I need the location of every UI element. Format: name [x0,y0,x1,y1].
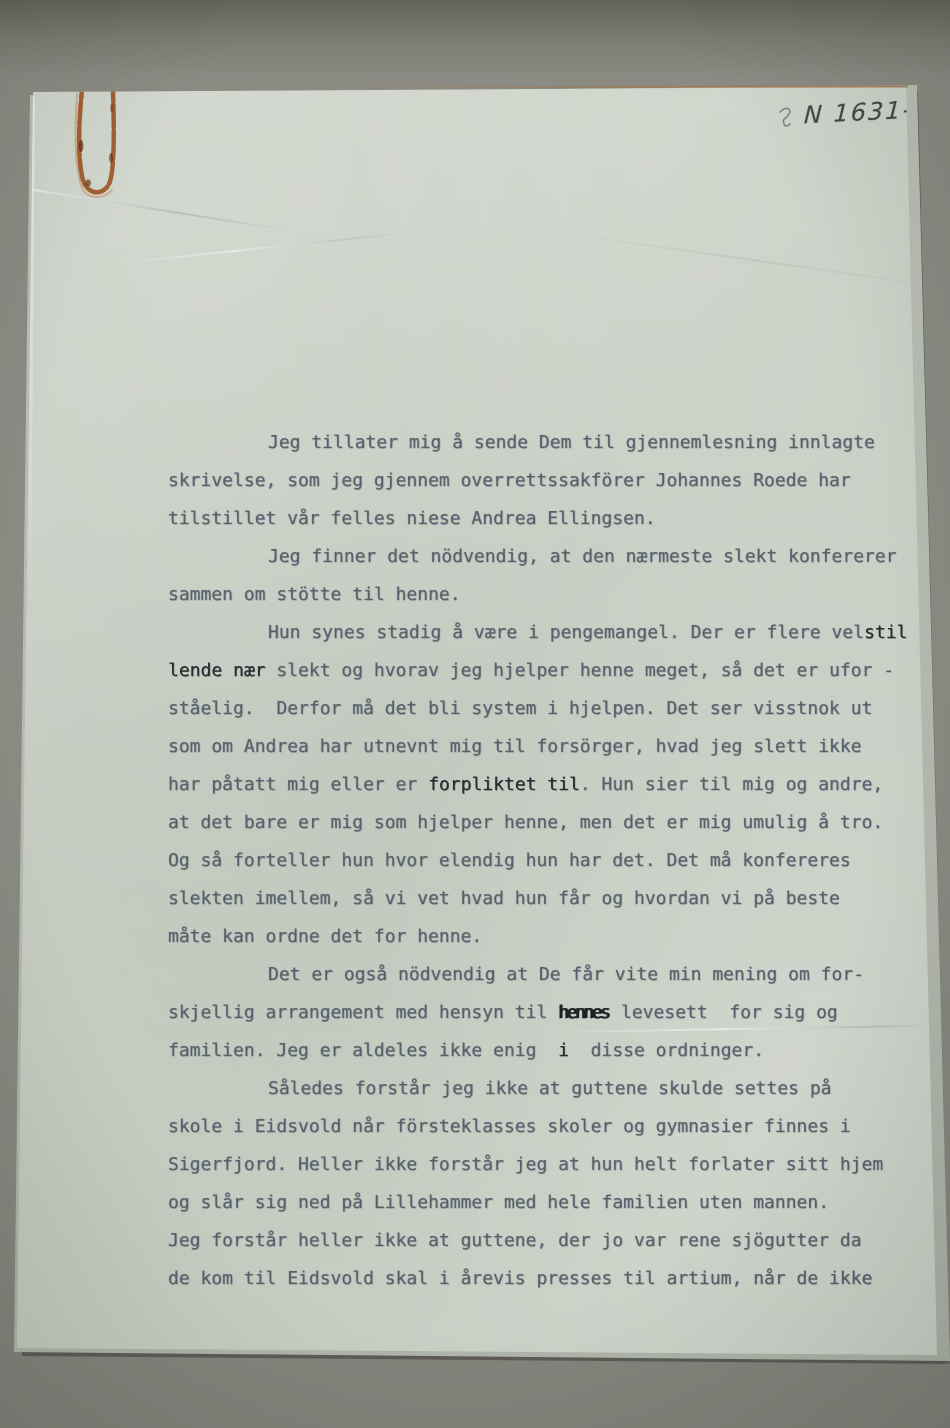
letter-text-segment: i [558,1040,569,1061]
letter-line: og slår sig ned på Lillehammer med hele … [168,1184,938,1222]
letter-line: lende nær slekt og hvorav jeg hjelper he… [168,652,938,690]
letter-text-segment: disse ordninger. [569,1040,764,1061]
letter-line: skole i Eidsvold når försteklasses skole… [168,1108,938,1146]
letter-text-segment: Sigerfjord. Heller ikke forstår jeg at h… [168,1154,883,1175]
letter-text-segment: Således forstår jeg ikke at guttene skul… [268,1078,832,1099]
letter-text-segment: skjellig arrangement med hensyn til [168,1002,558,1023]
letter-line: Det er også nödvendig at De får vite min… [168,956,938,994]
letter-text-segment: skole i Eidsvold når försteklasses skole… [168,1116,851,1137]
letter-line: sammen om stötte til henne. [168,576,938,614]
letter-text-segment: ståelig. Derfor må det bli system i hjel… [168,698,872,719]
letter-text-segment: Jeg forstår heller ikke at guttene, der … [168,1230,862,1251]
letter-text-segment: Jeg finner det nödvendig, at den nærmest… [268,546,897,567]
letter-line: skrivelse, som jeg gjennem overrettssakf… [168,462,938,500]
letter-text-segment: tilstillet vår felles niese Andrea Ellin… [168,508,656,529]
letter-line: at det bare er mig som hjelper henne, me… [168,804,938,842]
letter-line: skjellig arrangement med hensyn til henn… [168,994,938,1032]
letter-line: Således forstår jeg ikke at guttene skul… [168,1070,938,1108]
letter-text-segment: slekt og hvorav jeg hjelper henne meget,… [266,660,895,681]
scanned-letter-page: N 1631-2 Jeg tillater mig å sende Dem ti… [0,0,950,1428]
letter-text-segment: stil [864,622,907,643]
letter-line: som om Andrea har utnevnt mig til forsör… [168,728,938,766]
letter-text-segment: måte kan ordne det for henne. [168,926,482,947]
letter-line: familien. Jeg er aldeles ikke enig i dis… [168,1032,938,1070]
letter-text-segment: Og så forteller hun hvor elendig hun har… [168,850,851,871]
letter-line: slekten imellem, så vi vet hvad hun får … [168,880,938,918]
letter-text-segment: at det bare er mig som hjelper henne, me… [168,812,883,833]
letter-text-segment: har påtatt mig eller er [168,774,428,795]
letter-text-segment: familien. Jeg er aldeles ikke enig [168,1040,558,1061]
letter-text-segment: . Hun sier til mig og andre, [580,774,883,795]
letter-text-segment: Det er også nödvendig at De får vite min… [268,964,864,985]
letter-line: de kom til Eidsvold skal i årevis presse… [168,1260,938,1298]
letter-line: Og så forteller hun hvor elendig hun har… [168,842,938,880]
letter-line: Jeg tillater mig å sende Dem til gjennem… [168,424,938,462]
letter-paper: N 1631-2 Jeg tillater mig å sende Dem ti… [0,0,950,1428]
letter-text-segment: sammen om stötte til henne. [168,584,461,605]
letter-text-segment: skrivelse, som jeg gjennem overrettssakf… [168,470,851,491]
letter-text-segment: og slår sig ned på Lillehammer med hele … [168,1192,829,1213]
letter-text-segment: levesett for sig og [610,1002,838,1023]
letter-line: Sigerfjord. Heller ikke forstår jeg at h… [168,1146,938,1184]
letter-line: ståelig. Derfor må det bli system i hjel… [168,690,938,728]
letter-line: tilstillet vår felles niese Andrea Ellin… [168,500,938,538]
letter-line: Jeg finner det nödvendig, at den nærmest… [168,538,938,576]
letter-text-segment: hennes [558,1002,608,1023]
letter-text-segment: slekten imellem, så vi vet hvad hun får … [168,888,840,909]
paperclip-rust-stain [68,86,126,208]
crease-line [120,232,409,264]
letter-text-segment: lende nær [168,660,266,681]
pencil-squiggle-mark [776,104,798,130]
letter-line: måte kan ordne det for henne. [168,918,938,956]
crease-line [560,232,950,290]
letter-text-segment: forpliktet til [428,774,580,795]
letter-body: Jeg tillater mig å sende Dem til gjennem… [168,424,938,1298]
letter-line: Hun synes stadig å være i pengemangel. D… [168,614,938,652]
letter-text-segment: Jeg tillater mig å sende Dem til gjennem… [268,432,875,453]
letter-text-segment: de kom til Eidsvold skal i årevis presse… [168,1268,872,1289]
letter-line: har påtatt mig eller er forpliktet til. … [168,766,938,804]
letter-text-segment: Hun synes stadig å være i pengemangel. D… [268,622,864,643]
letter-line: Jeg forstår heller ikke at guttene, der … [168,1222,938,1260]
letter-text-segment: som om Andrea har utnevnt mig til forsör… [168,736,862,757]
